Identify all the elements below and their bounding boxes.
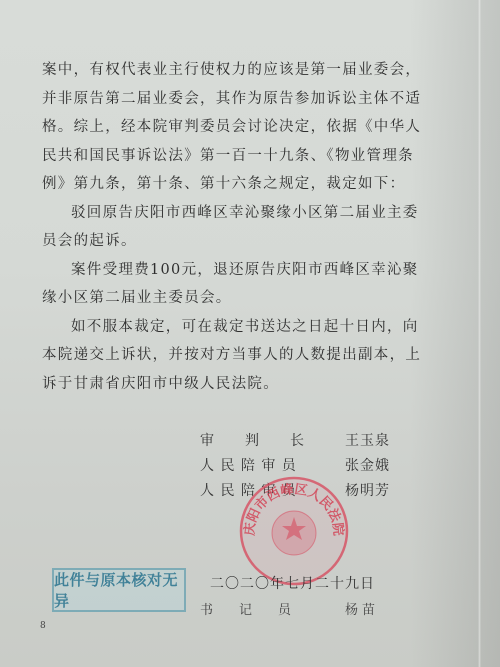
ruling-body: 案中，有权代表业主行使权力的应该是第一届业委会，并非原告第二届业委会，其作为原告…: [42, 56, 422, 398]
signature-role: 审 判 长: [200, 430, 305, 450]
page-fold: [478, 0, 481, 667]
signature-name: 王玉泉: [345, 430, 390, 450]
paragraph-ruling: 驳回原告庆阳市西峰区幸沁聚缘小区第二届业主委员会的起诉。: [42, 199, 422, 256]
clerk-name: 杨苗: [345, 599, 379, 618]
page-shadow: [410, 0, 500, 667]
paragraph-appeal: 如不服本裁定，可在裁定书送达之日起十日内，向本院递交上诉状，并按对方当事人的人数…: [42, 313, 422, 399]
signature-name: 张金娥: [345, 455, 390, 475]
signature-name: 杨明芳: [345, 480, 390, 500]
verification-stamp: 此件与原本核对无异: [52, 568, 186, 612]
clerk-role: 书 记 员: [200, 599, 291, 618]
paragraph-fee: 案件受理费100元，退还原告庆阳市西峰区幸沁聚缘小区第二届业主委员会。: [42, 256, 422, 313]
paragraph-reasoning: 案中，有权代表业主行使权力的应该是第一届业委会，并非原告第二届业委会，其作为原告…: [42, 56, 422, 199]
ruling-date: 二〇二〇年七月二十九日: [210, 573, 375, 593]
page-number: 8: [40, 621, 46, 631]
court-seal-icon: 庆阳市西峰区人民法院: [238, 475, 350, 587]
signature-role: 人 民 陪 审 员: [200, 455, 297, 475]
